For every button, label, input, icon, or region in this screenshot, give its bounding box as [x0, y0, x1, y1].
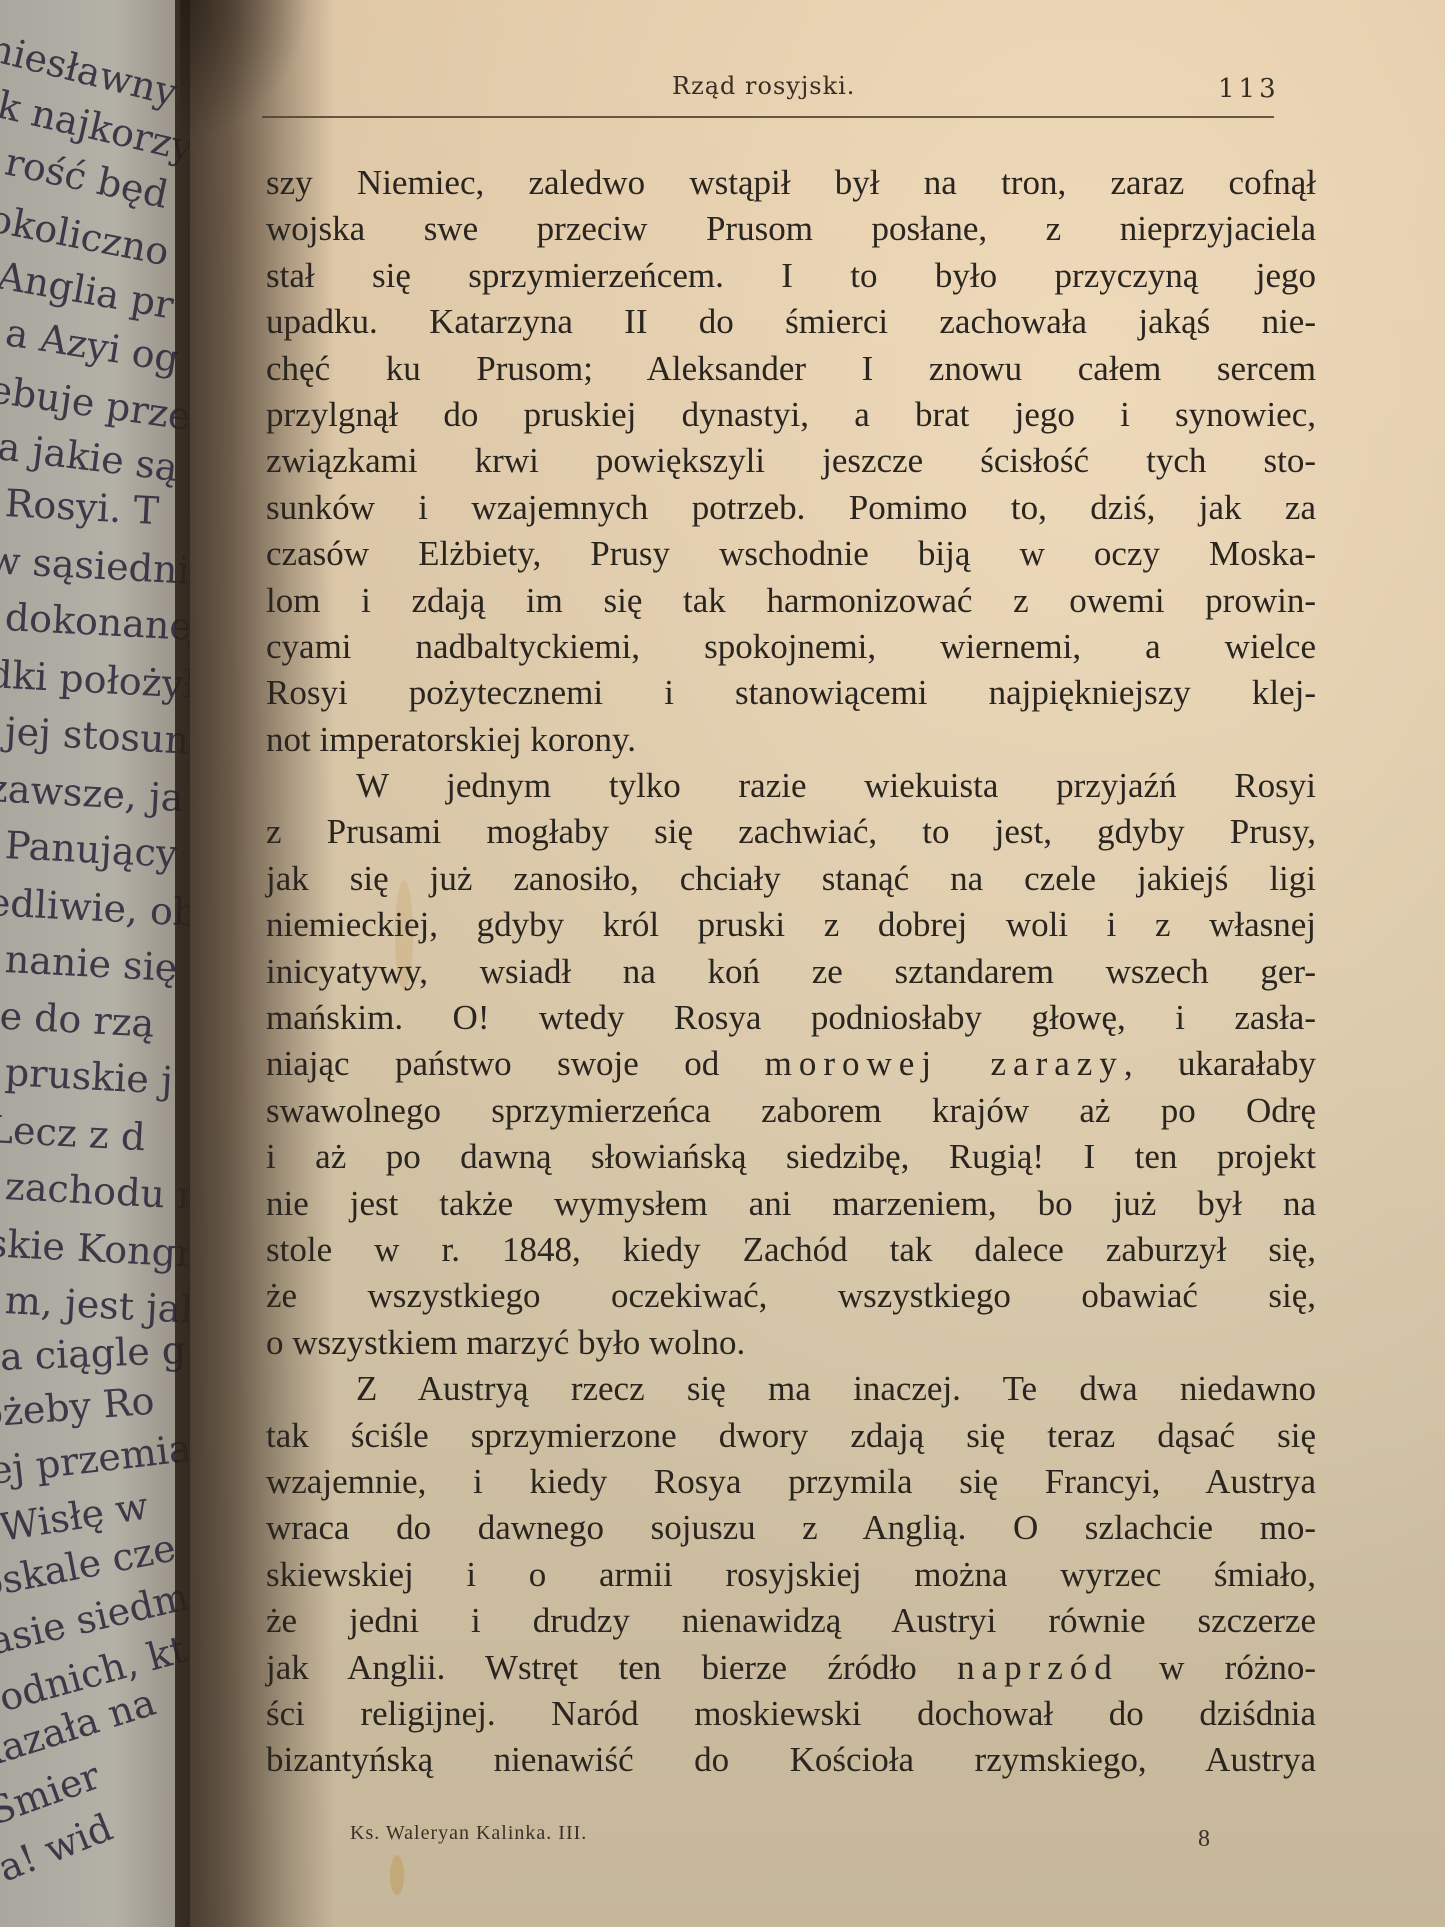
text-segment: , ukarałaby: [1124, 1044, 1316, 1083]
text-line: sunków i wzajemnych potrzeb. Pomimo to, …: [266, 485, 1316, 531]
text-line: wraca do dawnego sojuszu z Anglią. O szl…: [266, 1505, 1316, 1551]
text-segment: w różno-: [1159, 1648, 1316, 1687]
text-line: lom i zdają im się tak harmonizować z ow…: [266, 578, 1316, 624]
left-page-text-fragment: Rosyi. T: [4, 481, 160, 533]
text-line: i aż po dawną słowiańską siedzibę, Rugią…: [266, 1134, 1316, 1180]
text-line: Rosyi pożytecznemi i stanowiącemi najpię…: [266, 670, 1316, 716]
emphasized-spaced-text: morowej zarazy: [765, 1044, 1124, 1083]
text-line: ści religijnej. Naród moskiewski dochowa…: [266, 1691, 1316, 1737]
text-line: że wszystkiego oczekiwać, wszystkiego ob…: [266, 1273, 1316, 1319]
paper-stain: [390, 1855, 404, 1895]
left-page-text-fragment: w sąsiedni: [0, 538, 190, 593]
footer-signature: Ks. Waleryan Kalinka. III.: [350, 1822, 587, 1845]
text-line: stał się sprzymierzeńcem. I to było przy…: [266, 253, 1316, 299]
book-page-left: niesławnyk najkorzyrość będokolicznoAngl…: [0, 0, 190, 1927]
left-page-text-fragment: pruskie j: [4, 1050, 174, 1103]
text-line: niemieckiej, gdyby król pruski z dobrej …: [266, 902, 1316, 948]
text-line: nie jest także wymysłem ani marzeniem, b…: [266, 1181, 1316, 1227]
text-segment: jak Anglii. Wstręt ten bierze źródło: [266, 1648, 917, 1687]
left-page-text-fragment: dki położył: [0, 652, 190, 707]
left-page-text-fragment: jej stosunk: [4, 709, 190, 764]
left-page-text-fragment: zachodu n: [4, 1164, 190, 1218]
paragraph-start-line: W jednym tylko razie wiekuista przyjaźń …: [266, 763, 1316, 809]
left-page-text-fragment: nanie się: [4, 937, 179, 990]
text-line: tak ściśle sprzymierzone dwory zdają się…: [266, 1413, 1316, 1459]
text-line: przylgnął do pruskiej dynastyi, a brat j…: [266, 392, 1316, 438]
left-page-text-fragment: a ciągle g: [0, 1328, 187, 1379]
text-line: chęć ku Prusom; Aleksander I znowu całem…: [266, 346, 1316, 392]
text-segment: niając państwo swoje od: [266, 1044, 719, 1083]
left-page-text-fragment: ej przemian: [0, 1423, 190, 1493]
left-page-text-fragment: dokonanej n: [4, 595, 190, 651]
text-line: stole w r. 1848, kiedy Zachód tak dalece…: [266, 1227, 1316, 1273]
signature-mark: 8: [1198, 1826, 1210, 1853]
text-line: bizantyńską nienawiść do Kościoła rzymsk…: [266, 1737, 1316, 1783]
text-line: cyami nadbaltyckiemi, spokojnemi, wierne…: [266, 624, 1316, 670]
left-page-text-fragment: ożeby Ro: [0, 1379, 156, 1436]
text-line: wzajemnie, i kiedy Rosya przymila się Fr…: [266, 1459, 1316, 1505]
gutter-shadow-top: [180, 0, 310, 140]
text-line: jak się już zanosiło, chciały stanąć na …: [266, 856, 1316, 902]
paragraph-start-line: Z Austryą rzecz się ma inaczej. Te dwa n…: [266, 1366, 1316, 1412]
emphasized-spaced-text: naprzód: [957, 1648, 1119, 1687]
left-page-text-fragment: edliwie, ob: [0, 880, 190, 935]
text-line: niając państwo swoje od morowej zarazy, …: [266, 1041, 1316, 1087]
body-text: szy Niemiec, zaledwo wstąpił był na tron…: [266, 160, 1316, 1784]
header-rule: [262, 116, 1274, 118]
text-line: not imperatorskiej korony.: [266, 717, 1316, 763]
left-page-text-fragment: m, jest jakb: [4, 1278, 190, 1334]
text-line: że jedni i drudzy nienawidzą Austryi rów…: [266, 1598, 1316, 1644]
left-page-text-fragment: Lecz z d: [0, 1107, 146, 1159]
text-line: upadku. Katarzyna II do śmierci zachował…: [266, 299, 1316, 345]
text-line: czasów Elżbiety, Prusy wschodnie biją w …: [266, 531, 1316, 577]
text-line: z Prusami mogłaby się zachwiać, to jest,…: [266, 809, 1316, 855]
left-page-text-fragment: zawsze, ja: [0, 766, 185, 820]
text-line: mańskim. O! wtedy Rosya podniosłaby głow…: [266, 995, 1316, 1041]
page-number: 113: [1218, 74, 1280, 104]
left-page-text-fragment: Panujący do: [4, 823, 190, 879]
text-line: wojska swe przeciw Prusom posłane, z nie…: [266, 206, 1316, 252]
text-line: szy Niemiec, zaledwo wstąpił był na tron…: [266, 160, 1316, 206]
left-page-text-fragment: skie Kongr: [0, 1221, 190, 1276]
text-line: skiewskiej i o armii rosyjskiej można wy…: [266, 1552, 1316, 1598]
text-line: swawolnego sprzymierzeńca zaborem krajów…: [266, 1088, 1316, 1134]
text-line: związkami krwi powiększyli jeszcze ścisł…: [266, 438, 1316, 484]
text-line: o wszystkiem marzyć było wolno.: [266, 1320, 1316, 1366]
running-header-title: Rząd rosyjski.: [672, 72, 855, 100]
left-page-text-fragment: je do rzą: [0, 994, 155, 1047]
text-line: inicyatywy, wsiadł na koń ze sztandarem …: [266, 949, 1316, 995]
text-line: jak Anglii. Wstręt ten bierze źródło nap…: [266, 1645, 1316, 1691]
